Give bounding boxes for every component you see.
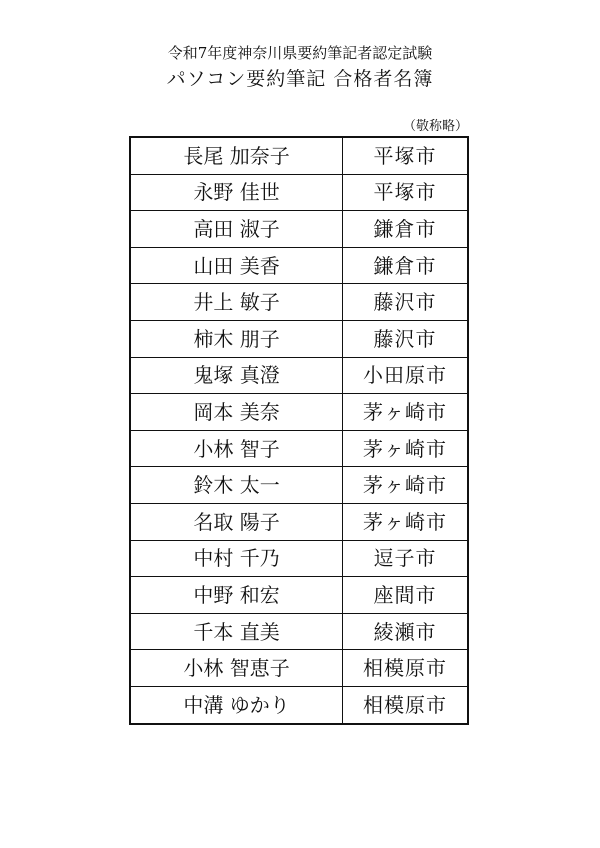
passers-table: 長尾 加奈子平塚市永野 佳世平塚市高田 淑子鎌倉市山田 美香鎌倉市井上 敏子藤沢… bbox=[129, 136, 469, 725]
passer-name: 小林 智子 bbox=[130, 430, 343, 467]
table-row: 中溝 ゆかり相模原市 bbox=[130, 686, 468, 723]
passer-city: 茅ヶ崎市 bbox=[343, 503, 468, 540]
passer-name: 中野 和宏 bbox=[130, 577, 343, 614]
passer-city: 綾瀬市 bbox=[343, 613, 468, 650]
passer-name: 中溝 ゆかり bbox=[130, 686, 343, 723]
passer-city: 藤沢市 bbox=[343, 284, 468, 321]
table-row: 岡本 美奈茅ヶ崎市 bbox=[130, 394, 468, 431]
table-row: 名取 陽子茅ヶ崎市 bbox=[130, 503, 468, 540]
honorifics-omitted-note: （敬称略） bbox=[376, 115, 468, 134]
passer-city: 座間市 bbox=[343, 577, 468, 614]
table-row: 長尾 加奈子平塚市 bbox=[130, 137, 468, 174]
table-row: 高田 淑子鎌倉市 bbox=[130, 211, 468, 248]
passer-name: 中村 千乃 bbox=[130, 540, 343, 577]
table-row: 中村 千乃逗子市 bbox=[130, 540, 468, 577]
passer-name: 柿木 朋子 bbox=[130, 320, 343, 357]
passer-city: 茅ヶ崎市 bbox=[343, 430, 468, 467]
passers-table-body: 長尾 加奈子平塚市永野 佳世平塚市高田 淑子鎌倉市山田 美香鎌倉市井上 敏子藤沢… bbox=[130, 137, 468, 724]
table-row: 永野 佳世平塚市 bbox=[130, 174, 468, 211]
passer-name: 長尾 加奈子 bbox=[130, 137, 343, 174]
table-row: 柿木 朋子藤沢市 bbox=[130, 320, 468, 357]
passer-name: 高田 淑子 bbox=[130, 211, 343, 248]
table-row: 山田 美香鎌倉市 bbox=[130, 247, 468, 284]
table-row: 小林 智子茅ヶ崎市 bbox=[130, 430, 468, 467]
passer-name: 名取 陽子 bbox=[130, 503, 343, 540]
passer-name: 小林 智恵子 bbox=[130, 650, 343, 687]
passer-name: 井上 敏子 bbox=[130, 284, 343, 321]
passer-city: 茅ヶ崎市 bbox=[343, 467, 468, 504]
passer-name: 鬼塚 真澄 bbox=[130, 357, 343, 394]
passer-city: 相模原市 bbox=[343, 686, 468, 723]
table-row: 千本 直美綾瀬市 bbox=[130, 613, 468, 650]
document-title-line2: パソコン要約筆記 合格者名簿 bbox=[0, 64, 600, 91]
passer-name: 鈴木 太一 bbox=[130, 467, 343, 504]
table-row: 井上 敏子藤沢市 bbox=[130, 284, 468, 321]
passer-city: 鎌倉市 bbox=[343, 211, 468, 248]
document-title-line1: 令和7年度神奈川県要約筆記者認定試験 bbox=[0, 42, 600, 63]
passer-city: 相模原市 bbox=[343, 650, 468, 687]
passer-city: 茅ヶ崎市 bbox=[343, 394, 468, 431]
passer-city: 平塚市 bbox=[343, 137, 468, 174]
passer-name: 永野 佳世 bbox=[130, 174, 343, 211]
passer-city: 小田原市 bbox=[343, 357, 468, 394]
passer-city: 鎌倉市 bbox=[343, 247, 468, 284]
passer-city: 平塚市 bbox=[343, 174, 468, 211]
passer-city: 逗子市 bbox=[343, 540, 468, 577]
passer-name: 千本 直美 bbox=[130, 613, 343, 650]
table-row: 中野 和宏座間市 bbox=[130, 577, 468, 614]
passer-name: 山田 美香 bbox=[130, 247, 343, 284]
passer-name: 岡本 美奈 bbox=[130, 394, 343, 431]
passer-city: 藤沢市 bbox=[343, 320, 468, 357]
table-row: 小林 智恵子相模原市 bbox=[130, 650, 468, 687]
table-row: 鬼塚 真澄小田原市 bbox=[130, 357, 468, 394]
table-row: 鈴木 太一茅ヶ崎市 bbox=[130, 467, 468, 504]
